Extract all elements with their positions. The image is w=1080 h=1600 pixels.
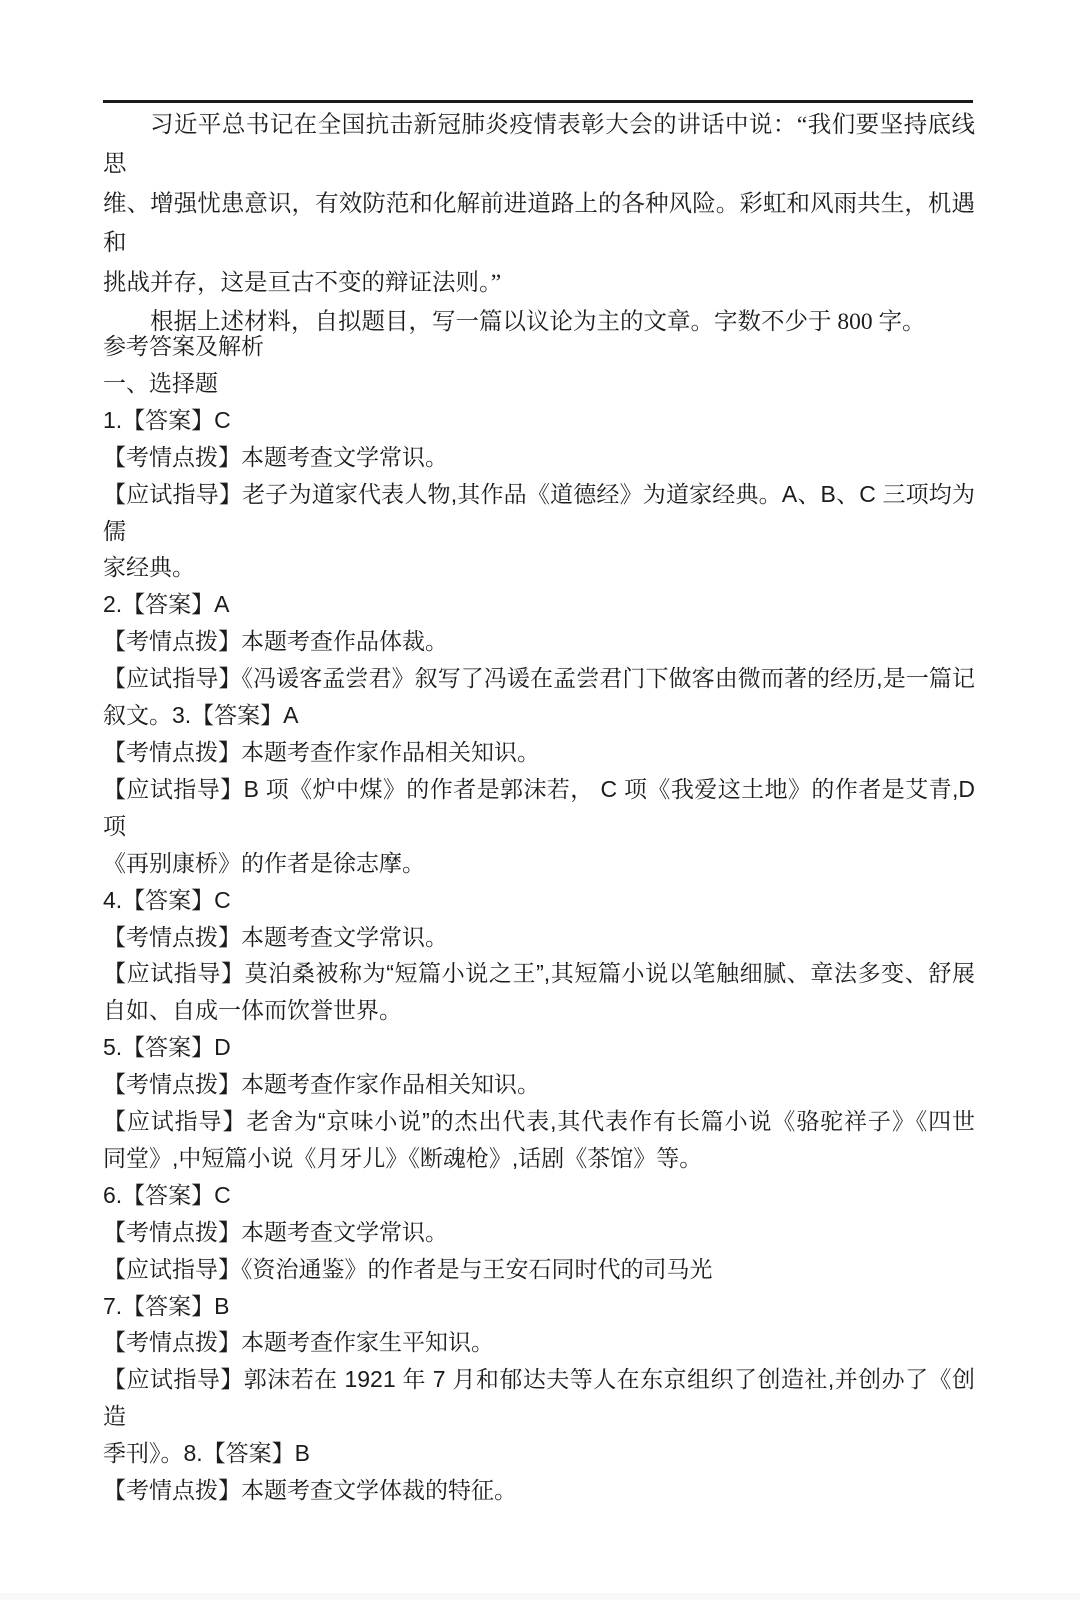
- intro-paragraph: 习近平总书记在全国抗击新冠肺炎疫情表彰大会的讲话中说：“我们要坚持底线思维、增强…: [103, 106, 975, 303]
- answer-blocks: 1.【答案】C【考情点拨】本题考查文学常识。【应试指导】老子为道家代表人物,其作…: [103, 402, 975, 1509]
- text-line: 维、增强忧患意识，有效防范和化解前进道路上的各种风险。彩虹和风雨共生，机遇和: [103, 185, 975, 264]
- answer-block: 【应试指导】老舍为“京味小说”的杰出代表,其代表作有长篇小说《骆驼祥子》《四世同…: [103, 1103, 975, 1177]
- essay-prompt-section: 习近平总书记在全国抗击新冠肺炎疫情表彰大会的讲话中说：“我们要坚持底线思维、增强…: [103, 106, 975, 342]
- top-divider-line: [103, 100, 973, 103]
- answer-block: 5.【答案】D: [103, 1029, 975, 1066]
- text-line: 【应试指导】《冯谖客孟尝君》叙写了冯谖在孟尝君门下做客由微而著的经历,是一篇记: [103, 660, 975, 697]
- text-line: 5.【答案】D: [103, 1029, 975, 1066]
- section-title: 参考答案及解析: [103, 328, 975, 365]
- text-line: 【考情点拨】本题考查文学体裁的特征。: [103, 1472, 975, 1509]
- text-line: 【考情点拨】本题考查文学常识。: [103, 919, 975, 956]
- answer-block: 【应试指导】老子为道家代表人物,其作品《道德经》为道家经典。A、B、C 三项均为…: [103, 476, 975, 587]
- answer-block: 【考情点拨】本题考查作品体裁。: [103, 623, 975, 660]
- text-line: 【应试指导】《资治通鉴》的作者是与王安石同时代的司马光: [103, 1251, 975, 1288]
- answer-block: 6.【答案】C: [103, 1177, 975, 1214]
- text-line: 【应试指导】郭沫若在 1921 年 7 月和郁达夫等人在东京组织了创造社,并创办…: [103, 1361, 975, 1435]
- text-line: 【考情点拨】本题考查作家作品相关知识。: [103, 734, 975, 771]
- answer-block: 【考情点拨】本题考查文学常识。: [103, 1214, 975, 1251]
- text-line: 叙文。3.【答案】A: [103, 697, 975, 734]
- text-line: 同堂》,中短篇小说《月牙儿》《断魂枪》,话剧《茶馆》等。: [103, 1140, 975, 1177]
- answer-block: 【考情点拨】本题考查作家作品相关知识。: [103, 734, 975, 771]
- answer-block: 【考情点拨】本题考查文学体裁的特征。: [103, 1472, 975, 1509]
- text-line: 【应试指导】老子为道家代表人物,其作品《道德经》为道家经典。A、B、C 三项均为…: [103, 476, 975, 550]
- answer-block: 4.【答案】C: [103, 882, 975, 919]
- text-line: 家经典。: [103, 549, 975, 586]
- answer-block: 2.【答案】A: [103, 586, 975, 623]
- bottom-edge: [0, 1593, 1080, 1600]
- text-line: 6.【答案】C: [103, 1177, 975, 1214]
- text-line: 2.【答案】A: [103, 586, 975, 623]
- text-line: 4.【答案】C: [103, 882, 975, 919]
- answer-block: 【考情点拨】本题考查文学常识。: [103, 439, 975, 476]
- answer-block: 【应试指导】莫泊桑被称为“短篇小说之王”,其短篇小说以笔触细腻、章法多变、舒展自…: [103, 955, 975, 1029]
- text-line: 季刊》。8.【答案】B: [103, 1435, 975, 1472]
- answer-block: 【应试指导】郭沫若在 1921 年 7 月和郁达夫等人在东京组织了创造社,并创办…: [103, 1361, 975, 1472]
- answer-block: 【应试指导】《资治通鉴》的作者是与王安石同时代的司马光: [103, 1251, 975, 1288]
- text-line: 【考情点拨】本题考查文学常识。: [103, 439, 975, 476]
- text-line: 【考情点拨】本题考查作品体裁。: [103, 623, 975, 660]
- text-line: 【应试指导】老舍为“京味小说”的杰出代表,其代表作有长篇小说《骆驼祥子》《四世: [103, 1103, 975, 1140]
- text-line: 自如、自成一体而饮誉世界。: [103, 992, 975, 1029]
- answer-block: 【应试指导】《冯谖客孟尝君》叙写了冯谖在孟尝君门下做客由微而著的经历,是一篇记叙…: [103, 660, 975, 734]
- answer-block: 【考情点拨】本题考查作家生平知识。: [103, 1324, 975, 1361]
- answer-block: 【考情点拨】本题考查作家作品相关知识。: [103, 1066, 975, 1103]
- answer-block: 1.【答案】C: [103, 402, 975, 439]
- text-line: 【考情点拨】本题考查作家生平知识。: [103, 1324, 975, 1361]
- text-line: 【考情点拨】本题考查文学常识。: [103, 1214, 975, 1251]
- text-line: 挑战并存，这是亘古不变的辩证法则。”: [103, 264, 975, 303]
- text-line: 7.【答案】B: [103, 1288, 975, 1325]
- answer-block: 【考情点拨】本题考查文学常识。: [103, 919, 975, 956]
- answer-block: 【应试指导】B 项《炉中煤》的作者是郭沫若， C 项《我爱这土地》的作者是艾青,…: [103, 771, 975, 882]
- answers-section: 参考答案及解析 一、选择题 1.【答案】C【考情点拨】本题考查文学常识。【应试指…: [103, 328, 975, 1509]
- text-line: 习近平总书记在全国抗击新冠肺炎疫情表彰大会的讲话中说：“我们要坚持底线思: [103, 106, 975, 185]
- text-line: 【应试指导】莫泊桑被称为“短篇小说之王”,其短篇小说以笔触细腻、章法多变、舒展: [103, 955, 975, 992]
- document-page: 习近平总书记在全国抗击新冠肺炎疫情表彰大会的讲话中说：“我们要坚持底线思维、增强…: [0, 0, 1080, 1600]
- answer-block: 7.【答案】B: [103, 1288, 975, 1325]
- subsection-title: 一、选择题: [103, 365, 975, 402]
- text-line: 1.【答案】C: [103, 402, 975, 439]
- text-line: 【考情点拨】本题考查作家作品相关知识。: [103, 1066, 975, 1103]
- text-line: 《再别康桥》的作者是徐志摩。: [103, 845, 975, 882]
- text-line: 【应试指导】B 项《炉中煤》的作者是郭沫若， C 项《我爱这土地》的作者是艾青,…: [103, 771, 975, 845]
